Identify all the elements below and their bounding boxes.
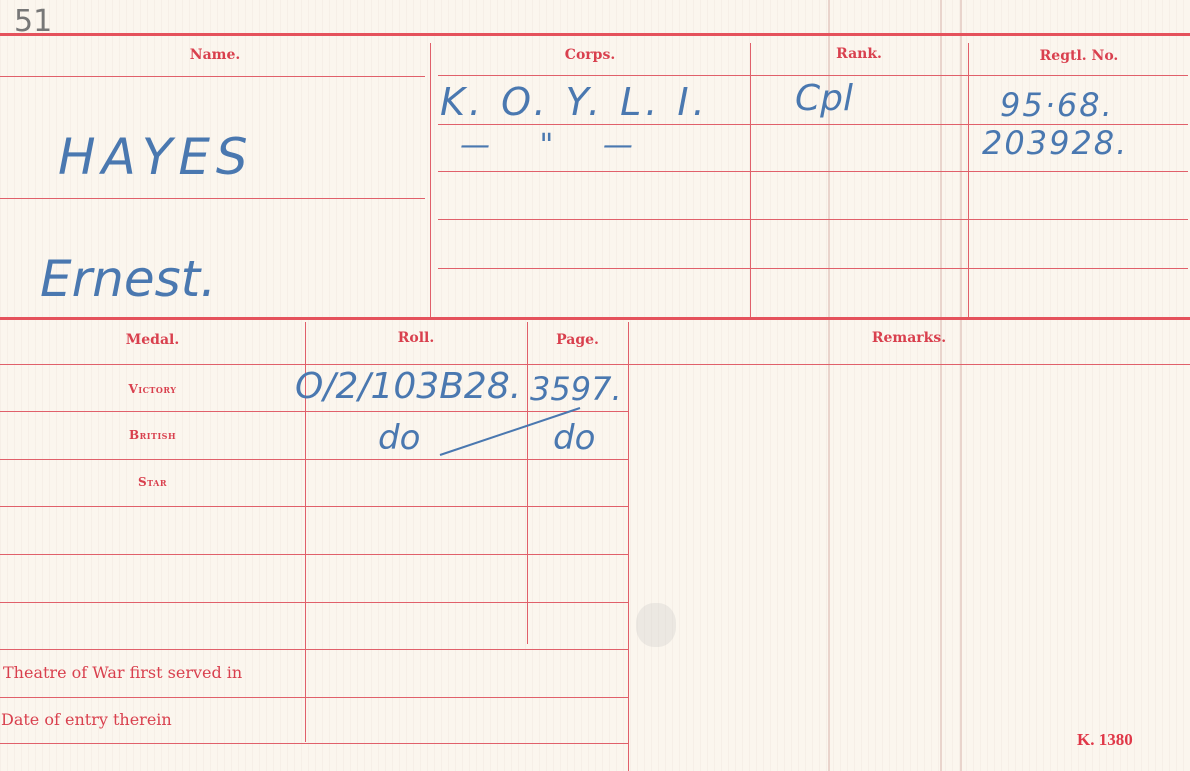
corps-ditto: — " — bbox=[460, 128, 653, 163]
regtl-no-entry: 203928. bbox=[982, 124, 1128, 162]
roll-header: Roll. bbox=[305, 330, 527, 346]
row-rule bbox=[0, 743, 628, 744]
row-rule bbox=[0, 649, 628, 650]
top-rule bbox=[0, 33, 1190, 36]
surname-entry: HAYES bbox=[58, 128, 254, 186]
row-rule bbox=[438, 219, 1188, 220]
british-roll-entry: do bbox=[378, 418, 420, 458]
divider bbox=[628, 322, 629, 771]
divider bbox=[527, 322, 528, 644]
divider bbox=[750, 43, 751, 318]
row-rule bbox=[0, 697, 628, 698]
page-header: Page. bbox=[527, 332, 628, 348]
divider bbox=[430, 43, 431, 318]
row-rule bbox=[0, 602, 628, 603]
forename-entry: Ernest. bbox=[40, 250, 216, 308]
row-rule bbox=[0, 76, 425, 77]
paper-fold bbox=[940, 0, 942, 771]
regtl-no-entry: 95·68. bbox=[1000, 86, 1114, 124]
medal-victory-label: Victory bbox=[0, 382, 305, 396]
row-rule bbox=[438, 171, 1188, 172]
medal-star-label: Star bbox=[0, 475, 305, 489]
regtl-header: Regtl. No. bbox=[968, 48, 1190, 64]
form-code: K. 1380 bbox=[1077, 730, 1133, 750]
rank-header: Rank. bbox=[750, 46, 968, 62]
row-rule bbox=[0, 198, 425, 199]
date-label: Date of entry therein bbox=[1, 710, 301, 729]
theatre-label: Theatre of War first served in bbox=[3, 663, 303, 682]
smudge bbox=[636, 603, 676, 647]
paper-fold bbox=[960, 0, 962, 771]
row-rule bbox=[0, 554, 628, 555]
rank-entry: Cpl bbox=[795, 78, 853, 119]
row-rule bbox=[0, 506, 628, 507]
ditto-stroke bbox=[430, 400, 590, 460]
name-header: Name. bbox=[0, 47, 430, 63]
middle-rule bbox=[0, 317, 1190, 320]
medal-header: Medal. bbox=[0, 332, 305, 348]
medal-british-label: British bbox=[0, 428, 305, 442]
corps-header: Corps. bbox=[430, 47, 750, 63]
row-rule bbox=[438, 75, 1188, 76]
corps-entry: K. O. Y. L. I. bbox=[440, 80, 709, 124]
row-rule bbox=[438, 268, 1188, 269]
divider bbox=[968, 43, 969, 318]
medal-index-card: 51 Name. Corps. Rank. Regtl. No. HAYES E… bbox=[0, 0, 1190, 771]
remarks-header: Remarks. bbox=[628, 330, 1190, 346]
row-rule bbox=[0, 364, 1190, 365]
